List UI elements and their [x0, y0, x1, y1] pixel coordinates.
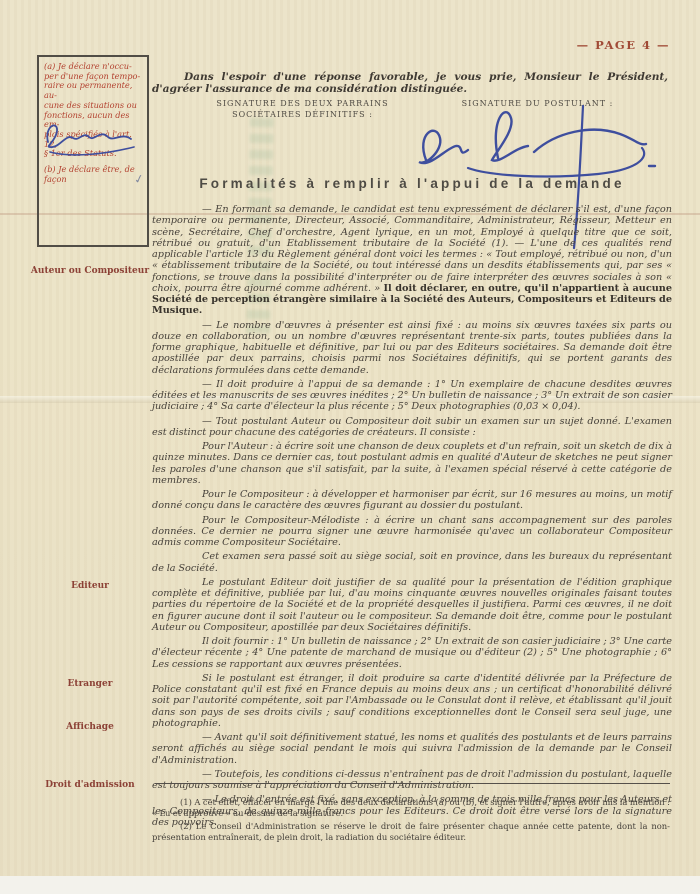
paragraph-examen: — Tout postulant Auteur ou Compositeur d… — [152, 416, 672, 439]
margin-label-etranger: Etranger — [30, 679, 150, 689]
paragraph-text: — En formant sa demande, le candidat est… — [152, 204, 672, 294]
section-title: Formalités à remplir à l'appui de la dem… — [152, 176, 672, 191]
margin-label-droit-admission: Droit d'admission — [30, 780, 150, 790]
paragraph-row: — Tout postulant Auteur ou Compositeur d… — [30, 416, 672, 439]
paragraph-row: — Il doit produire à l'appui de sa deman… — [30, 379, 672, 413]
paragraph-affichage: — Avant qu'il soit définitivement statué… — [152, 732, 672, 766]
paragraph-toutefois: — Toutefois, les conditions ci-dessus n'… — [152, 769, 672, 792]
margin-label-auteur-ou-compositeur: Auteur ou Compositeur — [30, 266, 150, 276]
paragraph-row: — Le nombre d'œuvres à présenter est ain… — [30, 320, 672, 376]
paragraph-row: Editeur Le postulant Editeur doit justif… — [30, 577, 672, 633]
paragraph-pieces-editeur: Il doit fournir : 1° Un bulletin de nais… — [152, 636, 672, 670]
paragraph-row: Il doit fournir : 1° Un bulletin de nais… — [30, 636, 672, 670]
paragraph-row: Pour le Compositeur : à développer et ha… — [30, 489, 672, 512]
paragraph-row: Pour le Compositeur-Mélodiste : à écrire… — [30, 515, 672, 549]
paragraph-postulant-etranger: Si le postulant est étranger, il doit pr… — [152, 673, 672, 729]
paragraph-pour-compositeur-melodiste: Pour le Compositeur-Mélodiste : à écrire… — [152, 515, 672, 549]
paragraph-postulant-editeur: Le postulant Editeur doit justifier de s… — [152, 577, 672, 633]
parrains-signature-label: SIGNATURE DES DEUX PARRAINS SOCIÉTAIRES … — [210, 98, 395, 120]
parrain-signature — [40, 112, 144, 162]
paragraph-row: Etranger Si le postulant est étranger, i… — [30, 673, 672, 729]
footnote-divider — [155, 783, 670, 784]
paragraph-row: Auteur ou Compositeur — En formant sa de… — [30, 204, 672, 317]
paragraph-lieu-examen: Cet examen sera passé soit au siège soci… — [152, 551, 672, 574]
paragraph-row: Affichage — Avant qu'il soit définitivem… — [30, 732, 672, 766]
main-text-column: Formalités à remplir à l'appui de la dem… — [30, 176, 672, 831]
paragraph-declaration-candidat: — En formant sa demande, le candidat est… — [152, 204, 672, 317]
paragraph-pour-compositeur: Pour le Compositeur : à développer et ha… — [152, 489, 672, 512]
paragraph-row: Pour l'Auteur : à écrire soit une chanso… — [30, 441, 672, 486]
paragraph-pour-auteur: Pour l'Auteur : à écrire soit une chanso… — [152, 441, 672, 486]
footnote-1: (1) A cet effet, effacer en marge l'une … — [152, 797, 670, 818]
paragraph-row: Cet examen sera passé soit au siège soci… — [30, 551, 672, 574]
margin-label-affichage: Affichage — [30, 722, 150, 732]
paragraph-pieces-a-produire: — Il doit produire à l'appui de sa deman… — [152, 379, 672, 413]
footnote-2: (2) Le Conseil d'Administration se réser… — [152, 821, 670, 842]
paragraph-nombre-oeuvres: — Le nombre d'œuvres à présenter est ain… — [152, 320, 672, 376]
scanner-background-strip — [0, 876, 700, 894]
page-number-label: — PAGE 4 — — [577, 38, 670, 52]
margin-label-editeur: Editeur — [30, 581, 150, 591]
